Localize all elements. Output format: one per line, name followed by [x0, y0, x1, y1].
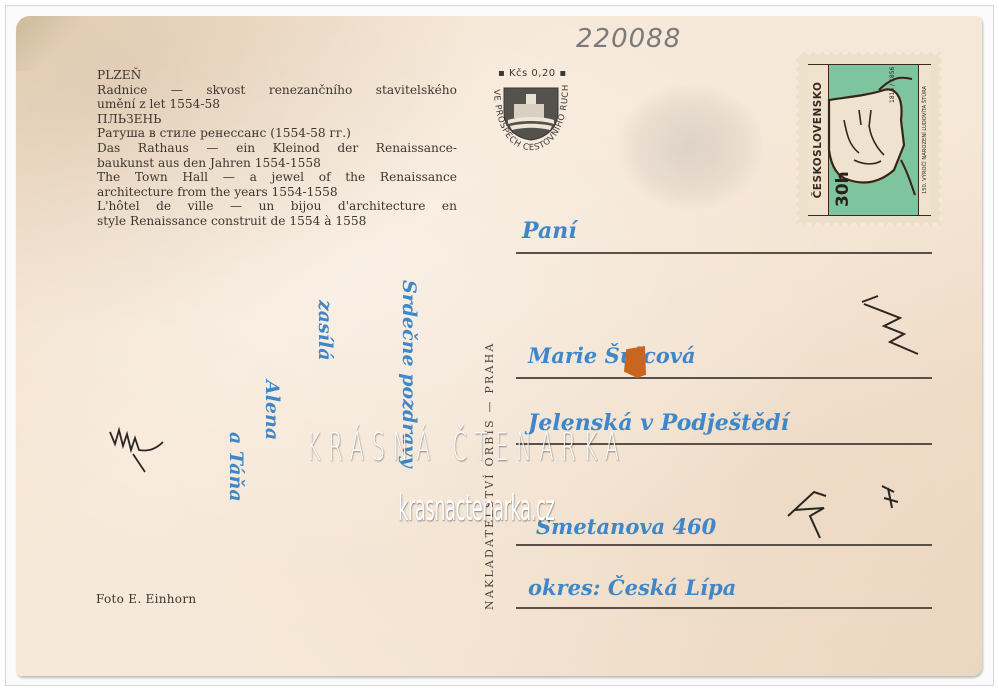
castle-shield-icon: VE PROSPĚCH CESTOVNÍHO RUCHU: [488, 68, 574, 160]
address-line-2: [516, 377, 932, 379]
pencil-scribble-left: [105, 420, 170, 480]
photo-caption: PLZEŇ Radnice — skvost renezančního stav…: [97, 68, 457, 229]
caption-cz-line-2: umění z let 1554-58: [97, 97, 457, 112]
pencil-scribble-mid: [784, 486, 844, 546]
caption-ru-line: Ратуша в стиле ренессанс (1554-58 гг.): [97, 126, 457, 141]
address-line-4: [516, 544, 932, 546]
caption-de-line-1: Das Rathaus — ein Kleinod der Renaissanc…: [97, 141, 457, 156]
caption-en-line-2: architecture from the years 1554-1558: [97, 185, 457, 200]
publisher-imprint: NAKLADATELSTVÍ ORBIS — PRAHA: [483, 341, 496, 610]
address-line-1: [516, 252, 932, 254]
stamp-value: 30h: [833, 171, 853, 207]
caption-fr-line-1: L'hôtel de ville — un bijou d'architectu…: [97, 199, 457, 214]
pencil-mark: [876, 480, 906, 520]
stamp-years: 1815 / 1856: [889, 67, 897, 103]
message-line-2: zasílá: [314, 300, 336, 361]
portrait-icon: [809, 65, 930, 215]
tourism-badge: ▪ Kčs 0,20 ▪ VE PROSPĚCH CESTOVNÍHO RUCH…: [488, 68, 574, 160]
caption-city-ru: ПЛЬЗЕНЬ: [97, 112, 457, 127]
postmark-smudge: [615, 82, 765, 212]
address-salutation: Paní: [522, 218, 577, 244]
message-line-4: a Táňa: [225, 432, 247, 502]
address-street: Smetanova 460: [536, 514, 716, 539]
address-name: Marie Šulcová: [528, 343, 696, 368]
caption-city-cz: PLZEŇ: [97, 68, 457, 83]
stamp-image: ČESKOSLOVENSKO 150. VÝROČÍ NAROZENÍ LUDO…: [808, 64, 931, 216]
address-line-5: [516, 607, 932, 609]
pencil-scribble-right: [860, 292, 925, 362]
archive-number: 220088: [576, 24, 681, 54]
address-district: okres: Česká Lípa: [528, 575, 736, 600]
caption-fr-line-2: style Renaissance construit de 1554 à 15…: [97, 214, 457, 229]
watermark-title: KRÁSNÁ ČTENÁŘKA: [307, 425, 627, 469]
photo-credit: Foto E. Einhorn: [96, 592, 196, 606]
caption-en-line-1: The Town Hall — a jewel of the Renaissan…: [97, 170, 457, 185]
postage-stamp: /* perforation dots drawn by main script…: [796, 52, 942, 226]
caption-cz-line-1: Radnice — skvost renezančního stavitelsk…: [97, 83, 457, 98]
message-line-3: Alena: [261, 380, 283, 440]
watermark-url[interactable]: krasnactenarka.cz: [398, 488, 554, 529]
caption-de-line-2: baukunst aus den Jahren 1554-1558: [97, 156, 457, 171]
